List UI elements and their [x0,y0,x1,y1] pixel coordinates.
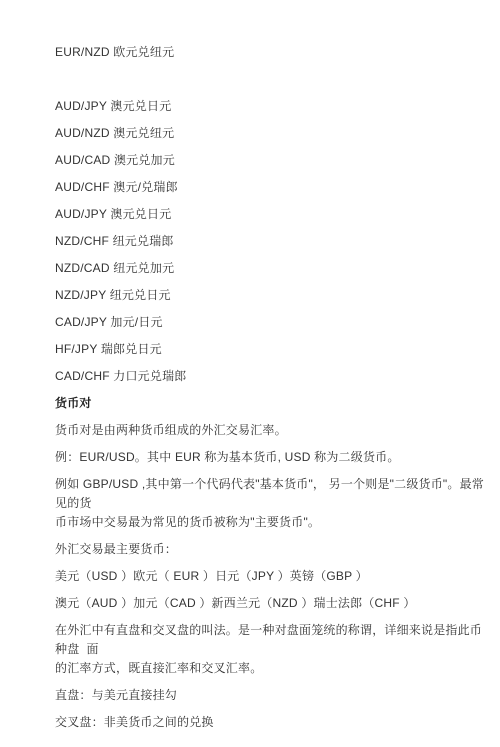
paragraph: 直盘：与美元直接挂勾 [55,686,490,705]
paragraph-line: 例：EUR/USD。其中 EUR 称为基本货币, USD 称为二级货币。 [55,448,490,467]
section-heading-currency-pair: 货币对 [55,394,490,413]
paragraph-line: 在外汇中有直盘和交叉盘的叫法。是一种对盘面笼统的称谓，详细来说是指此币种盘 面 [55,621,490,659]
currency-pair-item: CAD/CHF 力口元兑瑞郎 [55,367,490,386]
currency-pair-item: AUD/CAD 澳元兑加元 [55,151,490,170]
document-page: EUR/NZD 欧元兑纽元 AUD/JPY 澳元兑日元 AUD/NZD 澳元兑纽… [0,0,500,747]
paragraph: 货币对是由两种货币组成的外汇交易汇率。 [55,421,490,440]
paragraph: 美元（USD ）欧元（ EUR ）日元（JPY ）英镑（GBP ） [55,567,490,586]
paragraph: 交叉盘：非美货币之间的兑换 [55,713,490,732]
currency-pair-item: NZD/JPY 纽元兑日元 [55,286,490,305]
paragraph-line: 例如 GBP/USD ,其中第一个代码代表"基本货币"， 另一个则是"二级货币"… [55,475,490,513]
currency-pair-item: AUD/CHF 澳元/兑瑞郎 [55,178,490,197]
currency-pair-item: AUD/JPY 澳元兑日元 [55,205,490,224]
currency-pair-list: EUR/NZD 欧元兑纽元 AUD/JPY 澳元兑日元 AUD/NZD 澳元兑纽… [55,43,490,386]
currency-pair-item: NZD/CAD 纽元兑加元 [55,259,490,278]
currency-pair-item: EUR/NZD 欧元兑纽元 [55,43,490,62]
paragraph: 在外汇中有直盘和交叉盘的叫法。是一种对盘面笼统的称谓，详细来说是指此币种盘 面 … [55,621,490,678]
paragraph-line: 直盘：与美元直接挂勾 [55,686,490,705]
paragraph-line: 货币对是由两种货币组成的外汇交易汇率。 [55,421,490,440]
currency-pair-item: AUD/NZD 澳元兑纽元 [55,124,490,143]
paragraph-line: 交叉盘：非美货币之间的兑换 [55,713,490,732]
currency-pair-item: NZD/CHF 纽元兑瑞郎 [55,232,490,251]
paragraph: 例如 GBP/USD ,其中第一个代码代表"基本货币"， 另一个则是"二级货币"… [55,475,490,532]
currency-pair-item: CAD/JPY 加元/日元 [55,313,490,332]
paragraph-line: 澳元（AUD ）加元（CAD ）新西兰元（NZD ）瑞士法郎（CHF ） [55,594,490,613]
paragraph-line: 币市场中交易最为常见的货币被称为"主要货币"。 [55,513,490,532]
currency-pair-item: HF/JPY 瑞郎兑日元 [55,340,490,359]
paragraph-line: 外汇交易最主要货币： [55,540,490,559]
section-body: 货币对是由两种货币组成的外汇交易汇率。 例：EUR/USD。其中 EUR 称为基… [55,421,490,732]
paragraph: 澳元（AUD ）加元（CAD ）新西兰元（NZD ）瑞士法郎（CHF ） [55,594,490,613]
paragraph: 外汇交易最主要货币： [55,540,490,559]
currency-pair-item: AUD/JPY 澳元兑日元 [55,97,490,116]
paragraph-line: 美元（USD ）欧元（ EUR ）日元（JPY ）英镑（GBP ） [55,567,490,586]
paragraph: 例：EUR/USD。其中 EUR 称为基本货币, USD 称为二级货币。 [55,448,490,467]
blank-line [55,70,490,89]
paragraph-line: 的汇率方式，既直接汇率和交叉汇率。 [55,659,490,678]
